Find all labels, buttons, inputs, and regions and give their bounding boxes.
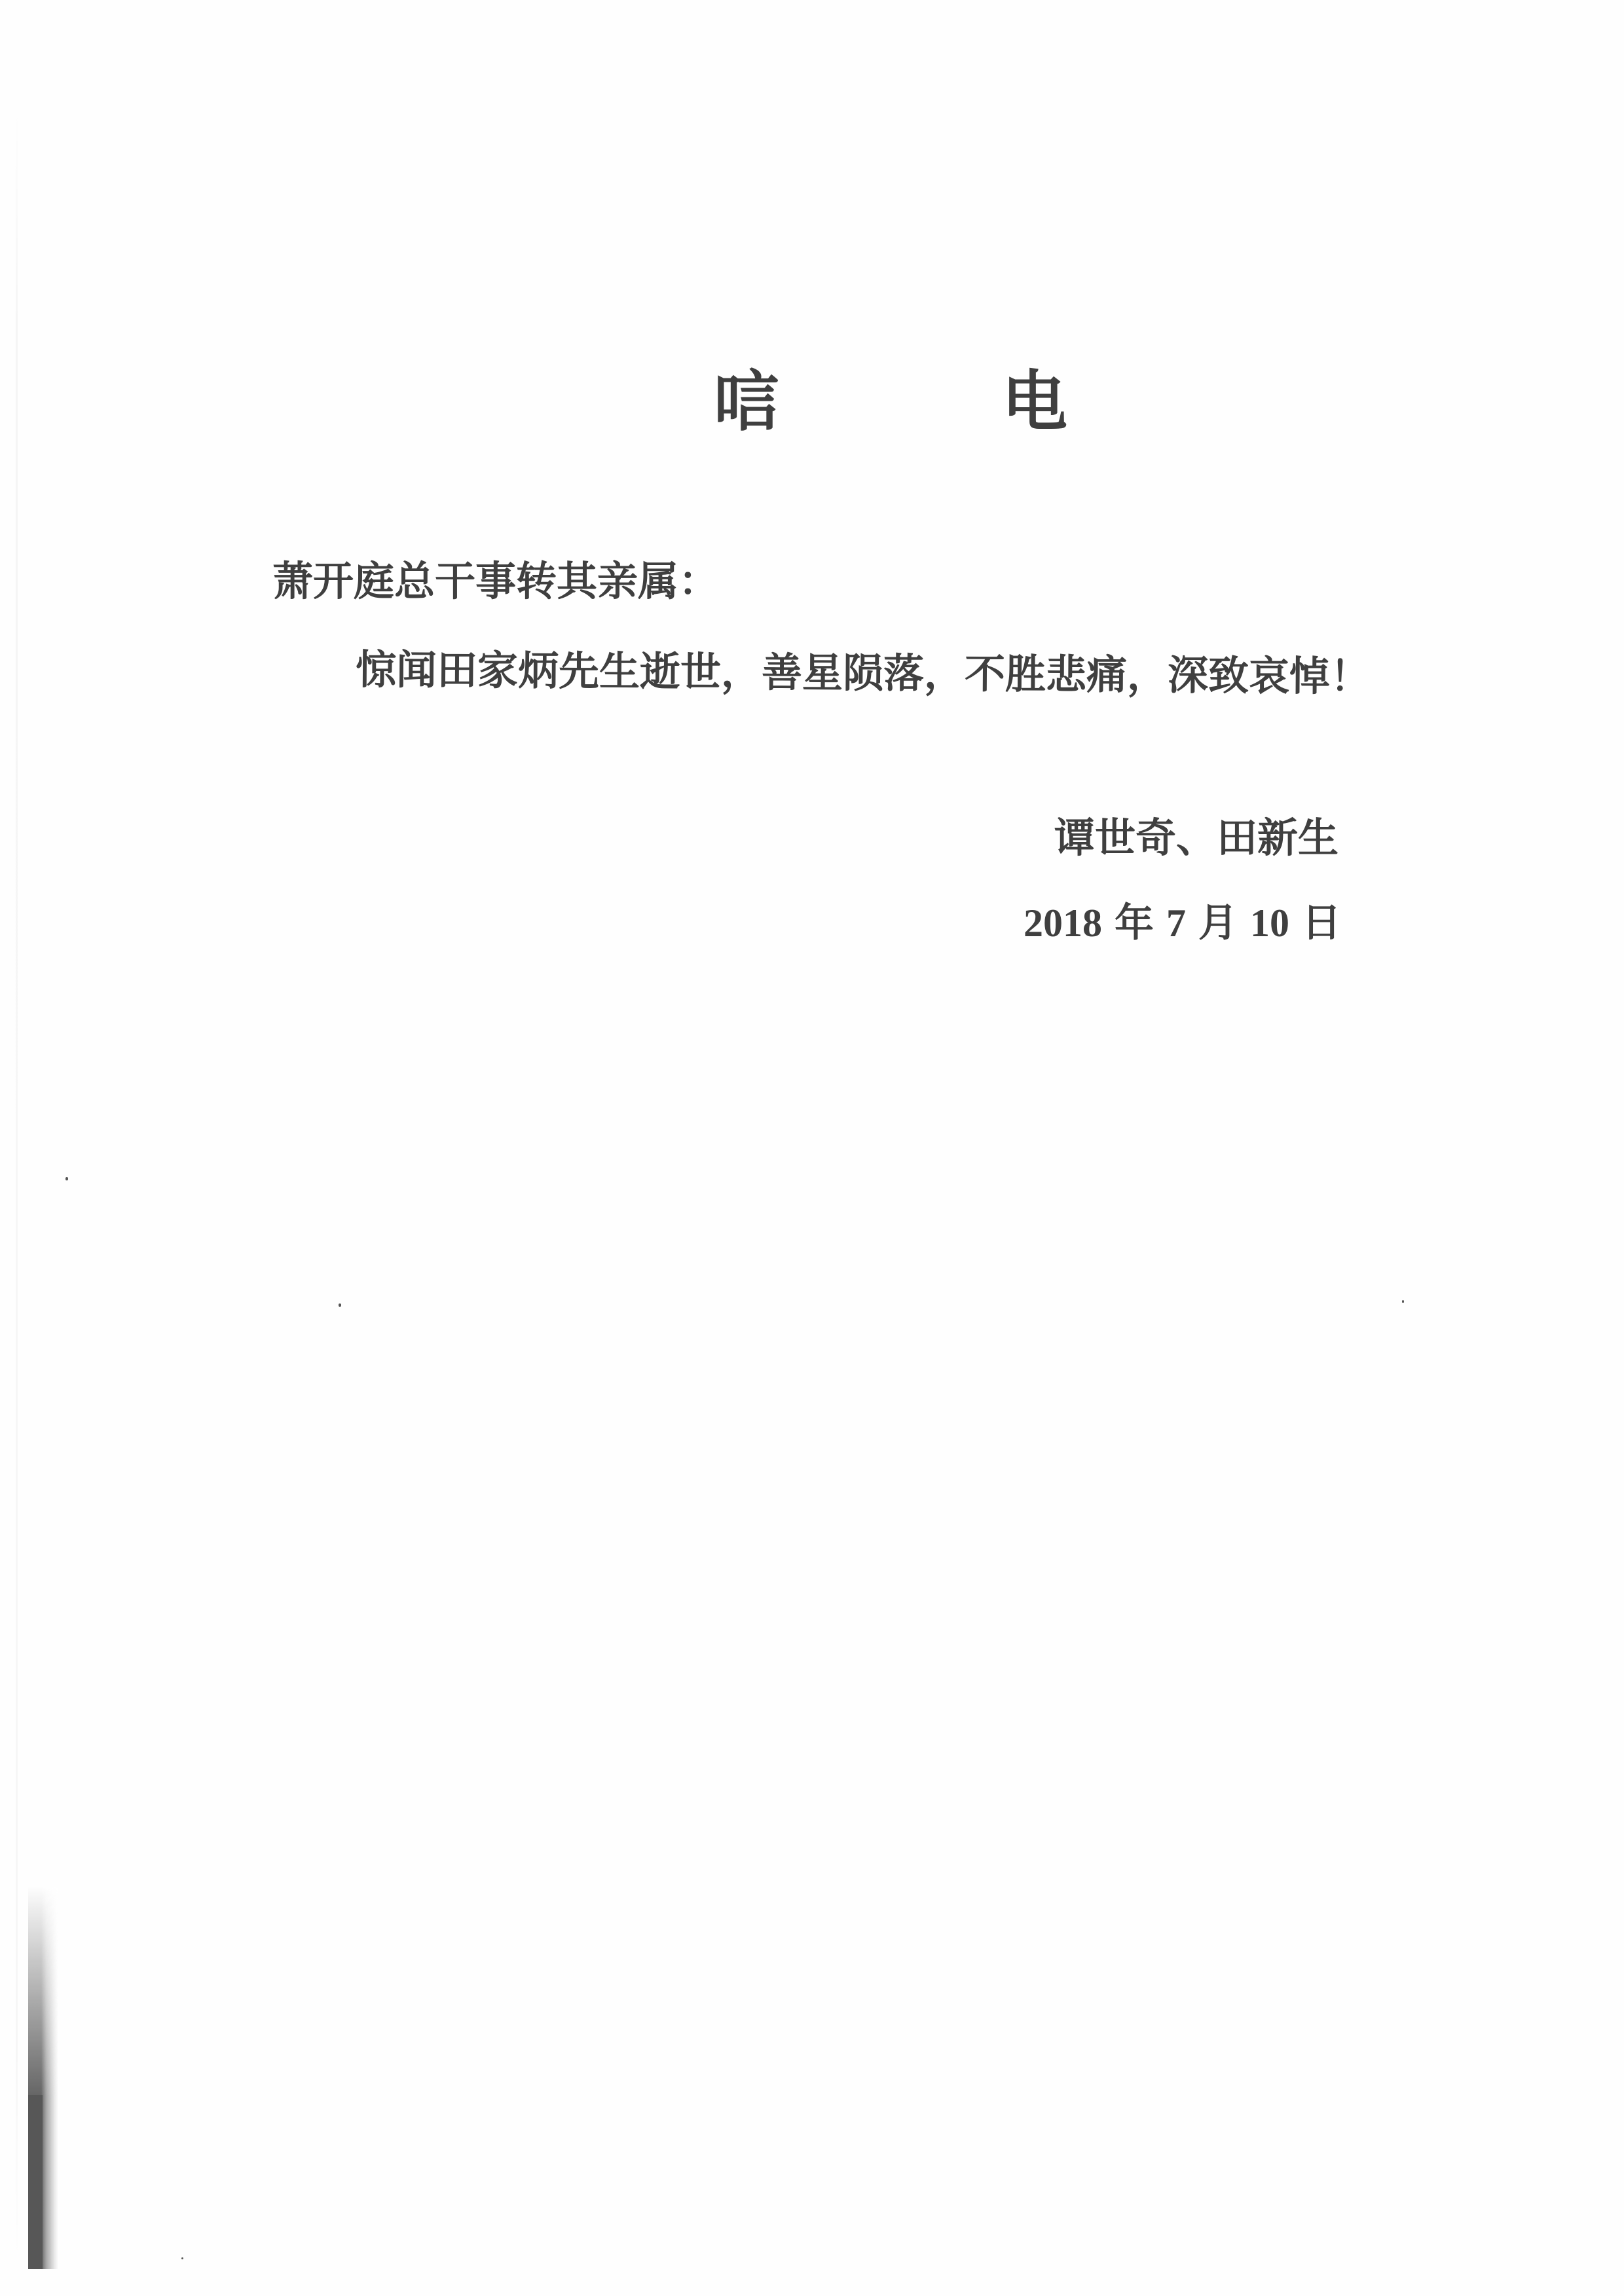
document-title: 唁 电	[714, 359, 1146, 444]
document-page: 唁 电 萧开庭总干事转其亲属： 惊闻田家炳先生逝世，善星陨落，不胜悲痛，深致哀悼…	[0, 0, 1624, 2296]
scan-speck	[1402, 1300, 1404, 1303]
date: 2018 年 7 月 10 日	[1024, 897, 1341, 949]
scan-speck	[339, 1303, 341, 1307]
scan-speck	[181, 2257, 183, 2259]
scan-edge-line	[16, 105, 18, 2265]
salutation: 萧开庭总干事转其亲属：	[272, 555, 719, 608]
body-paragraph: 惊闻田家炳先生逝世，善星陨落，不胜悲痛，深致哀悼！	[356, 640, 1371, 706]
scan-speck	[65, 1177, 68, 1180]
scan-shadow-core	[28, 2095, 43, 2269]
signature: 谭世奇、田新生	[1054, 812, 1338, 864]
